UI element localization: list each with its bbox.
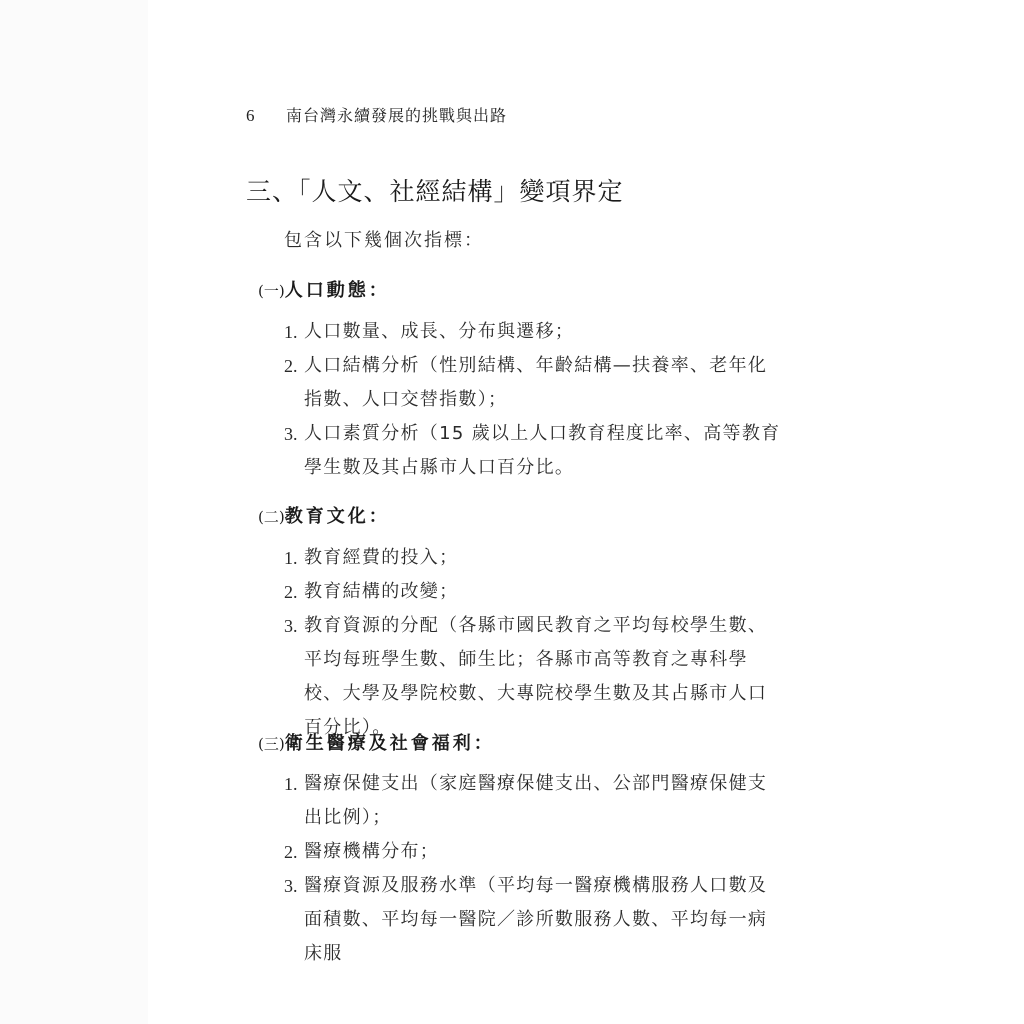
running-head: 6南台灣永續發展的挑戰與出路 xyxy=(246,103,507,126)
item-text: 醫療資源及服務水準（平均每一醫療機構服務人口數及面積數、平均每一醫院／診所數服務… xyxy=(284,869,784,971)
document-canvas: 6南台灣永續發展的挑戰與出路 三、「人文、社經結構」變項界定 包含以下幾個次指標… xyxy=(0,0,1024,1024)
subsection-marker: (二) xyxy=(258,508,285,526)
item-number: 1. xyxy=(284,767,298,801)
item-number: 2. xyxy=(284,835,298,869)
section-intro: 包含以下幾個次指標： xyxy=(284,226,484,252)
item-text: 人口素質分析（15 歲以上人口教育程度比率、高等教育學生數及其占縣市人口百分比。 xyxy=(284,417,784,485)
item-text: 人口結構分析（性別結構、年齡結構—扶養率、老年化指數、人口交替指數）； xyxy=(284,349,784,417)
subsection-heading-education: (二)教育文化： xyxy=(258,502,390,528)
subsection-heading-population: (一)人口動態： xyxy=(258,276,390,302)
page-margin-shadow xyxy=(0,0,148,1024)
item-text: 人口數量、成長、分布與遷移； xyxy=(284,315,784,349)
item-text: 醫療機構分布； xyxy=(284,835,784,869)
subsection-marker: (三) xyxy=(258,735,285,753)
list-item: 3. 人口素質分析（15 歲以上人口教育程度比率、高等教育學生數及其占縣市人口百… xyxy=(284,417,784,485)
subsection-title: 人口動態： xyxy=(285,280,390,301)
item-text: 教育經費的投入； xyxy=(284,541,784,575)
list-item: 2. 人口結構分析（性別結構、年齡結構—扶養率、老年化指數、人口交替指數）； xyxy=(284,349,784,417)
list-item: 3. 醫療資源及服務水準（平均每一醫療機構服務人口數及面積數、平均每一醫院／診所… xyxy=(284,869,784,971)
subsection-heading-health-welfare: (三)衛生醫療及社會福利： xyxy=(258,729,495,755)
book-title: 南台灣永續發展的挑戰與出路 xyxy=(286,106,507,125)
item-number: 2. xyxy=(284,575,298,609)
page-number: 6 xyxy=(246,106,286,126)
item-text: 醫療保健支出（家庭醫療保健支出、公部門醫療保健支出比例）； xyxy=(284,767,784,835)
subsection-title: 衛生醫療及社會福利： xyxy=(285,733,495,754)
list-item: 2. 醫療機構分布； xyxy=(284,835,784,869)
item-number: 1. xyxy=(284,315,298,349)
list-item: 1. 人口數量、成長、分布與遷移； xyxy=(284,315,784,349)
list-item: 1. 教育經費的投入； xyxy=(284,541,784,575)
subsection-marker: (一) xyxy=(258,282,285,300)
section-title: 三、「人文、社經結構」變項界定 xyxy=(246,172,624,208)
list-item: 3. 教育資源的分配（各縣市國民教育之平均每校學生數、平均每班學生數、師生比；各… xyxy=(284,609,784,745)
item-text: 教育結構的改變； xyxy=(284,575,784,609)
list-item: 1. 醫療保健支出（家庭醫療保健支出、公部門醫療保健支出比例）； xyxy=(284,767,784,835)
item-number: 3. xyxy=(284,417,298,451)
item-number: 2. xyxy=(284,349,298,383)
subsection-title: 教育文化： xyxy=(285,506,390,527)
item-number: 3. xyxy=(284,609,298,643)
item-text: 教育資源的分配（各縣市國民教育之平均每校學生數、平均每班學生數、師生比；各縣市高… xyxy=(284,609,784,745)
list-item: 2. 教育結構的改變； xyxy=(284,575,784,609)
item-number: 3. xyxy=(284,869,298,903)
item-number: 1. xyxy=(284,541,298,575)
